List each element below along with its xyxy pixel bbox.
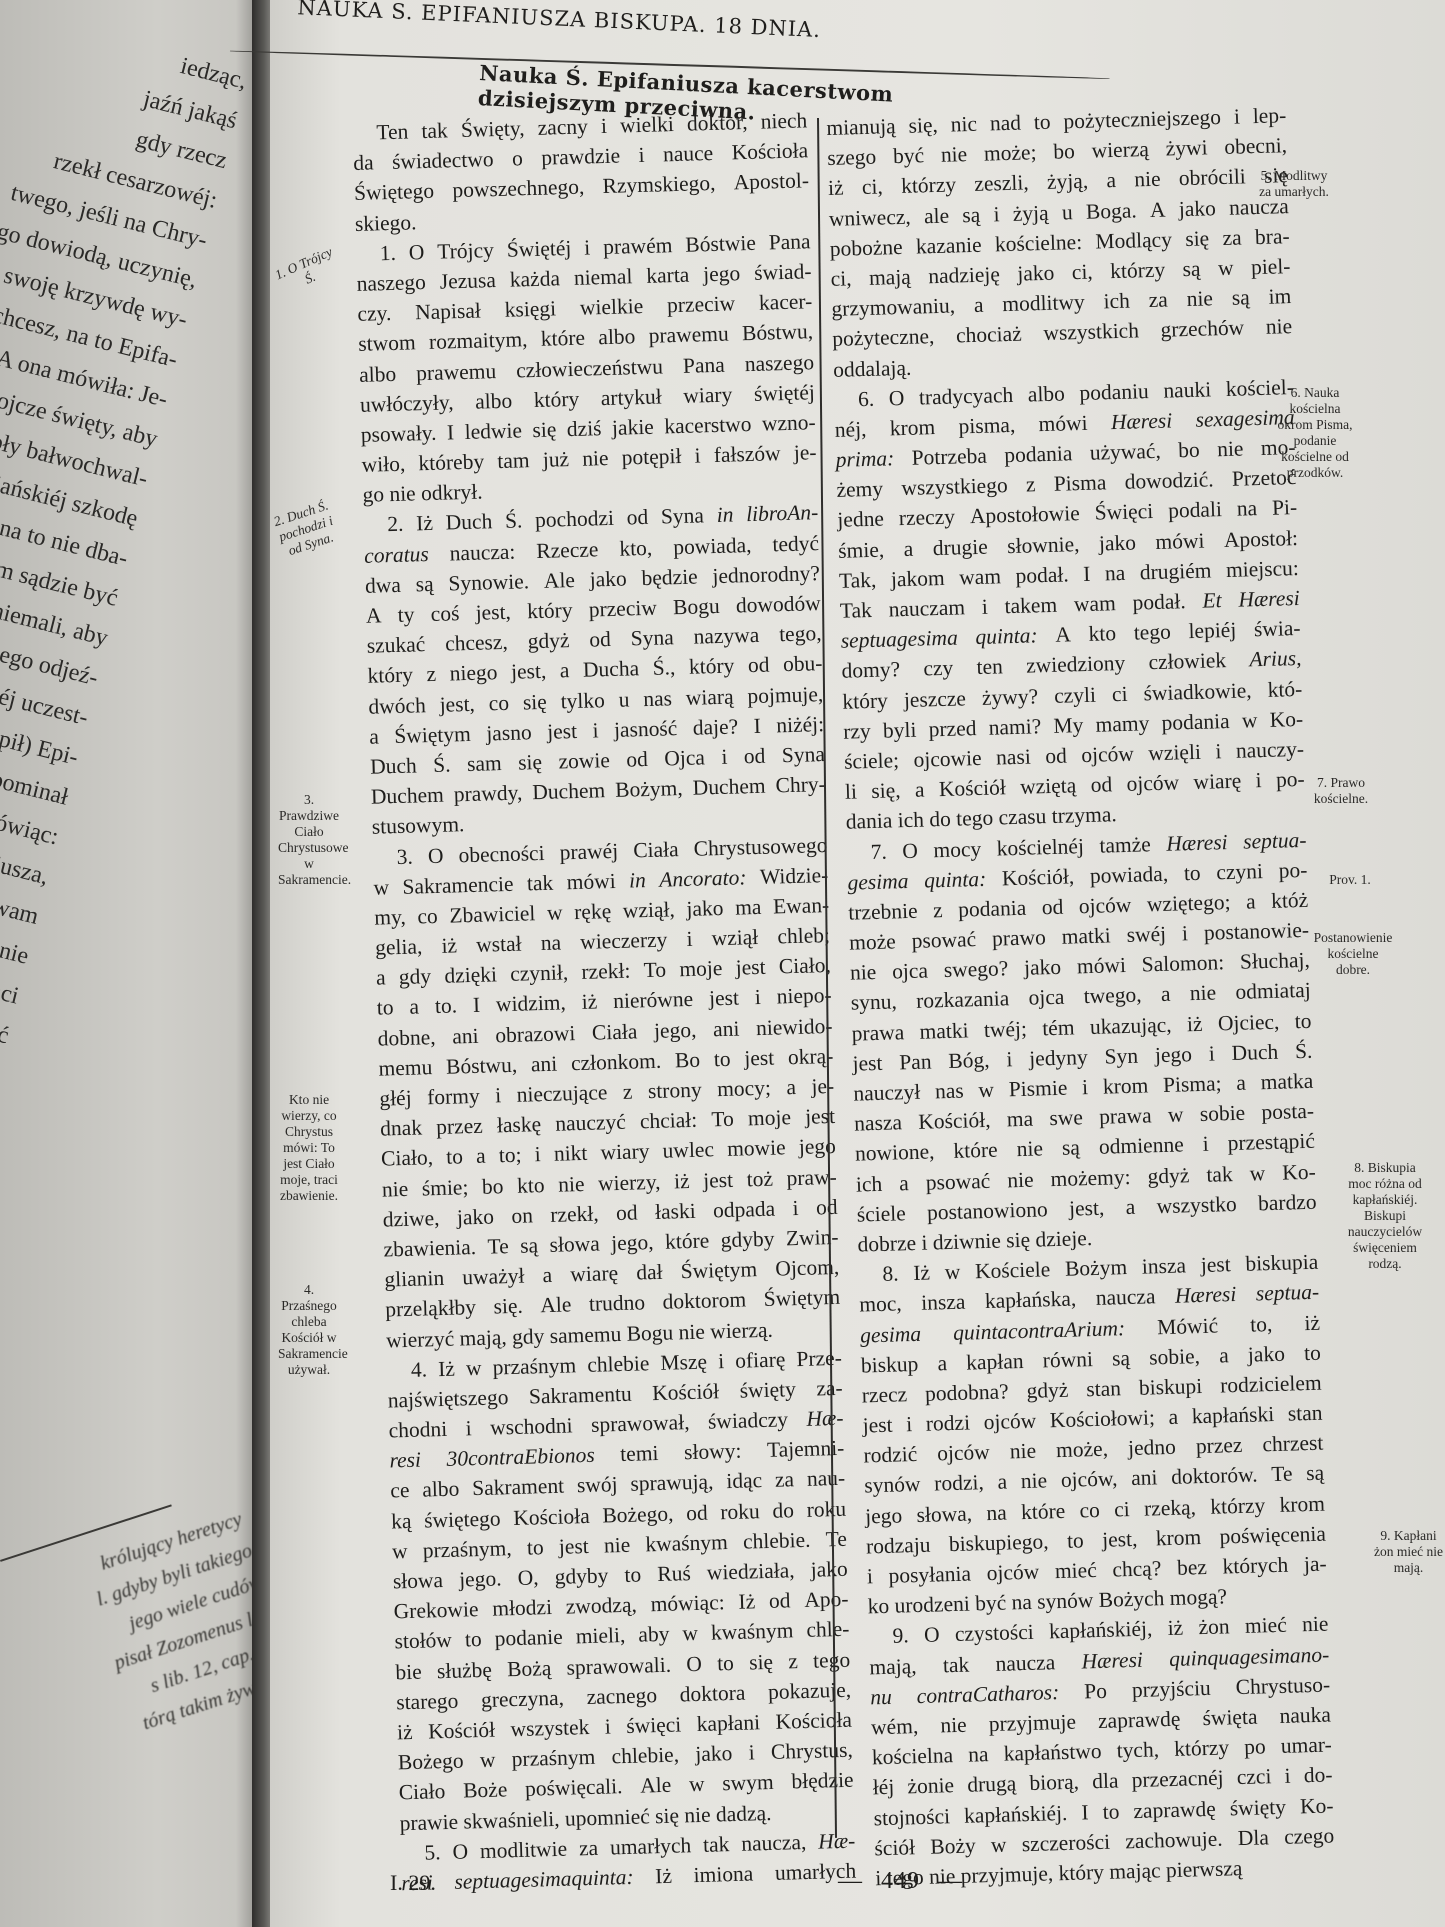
margin-note-6: 6. Nauka kościelna okrom Pisma, podanie … — [1276, 385, 1354, 481]
margin-note-7b: Postanowienie kościelne dobre. — [1312, 930, 1394, 978]
margin-note-3: 3. Prawdziwe Ciało Chrystusowe w Sakrame… — [278, 792, 340, 888]
margin-note-4: 4. Przaśnego chleba Kościół w Sakramenci… — [278, 1282, 340, 1378]
left-page: iedząc,jaźń jakąśgdy rzeczrzekł cesarzow… — [0, 0, 262, 1927]
printer-signature: I. 29. — [390, 1870, 436, 1896]
margin-note-9: 9. Kapłani żon mieć nie mają. — [1372, 1528, 1445, 1576]
dash-left: — — [838, 1868, 863, 1894]
left-page-footnote: królujący heretycyl. gdyby byli takiegoj… — [0, 1503, 262, 1778]
dash-right: — — [938, 1868, 963, 1894]
margin-note-3b: Kto nie wierzy, co Chrystus mówi: To jes… — [275, 1092, 343, 1204]
margin-note-7-ref: Prov. 1. — [1320, 872, 1380, 888]
margin-note-5: 5. Modlitwy za umarłych. — [1258, 168, 1330, 200]
page-number: —449— — [820, 1868, 981, 1895]
text-column-left: TentakŚwięty,zacnyiwielkidoktor,niechdaś… — [352, 105, 857, 1898]
margin-note-8: 8. Biskupia moc różna od kapłańskiéj. Bi… — [1345, 1160, 1425, 1272]
text-column-right: mianująsię,nicnadtopożyteczniejszegoilep… — [826, 100, 1336, 1893]
margin-note-7: 7. Prawo kościelne. — [1305, 775, 1377, 807]
page-number-value: 449 — [881, 1868, 920, 1894]
